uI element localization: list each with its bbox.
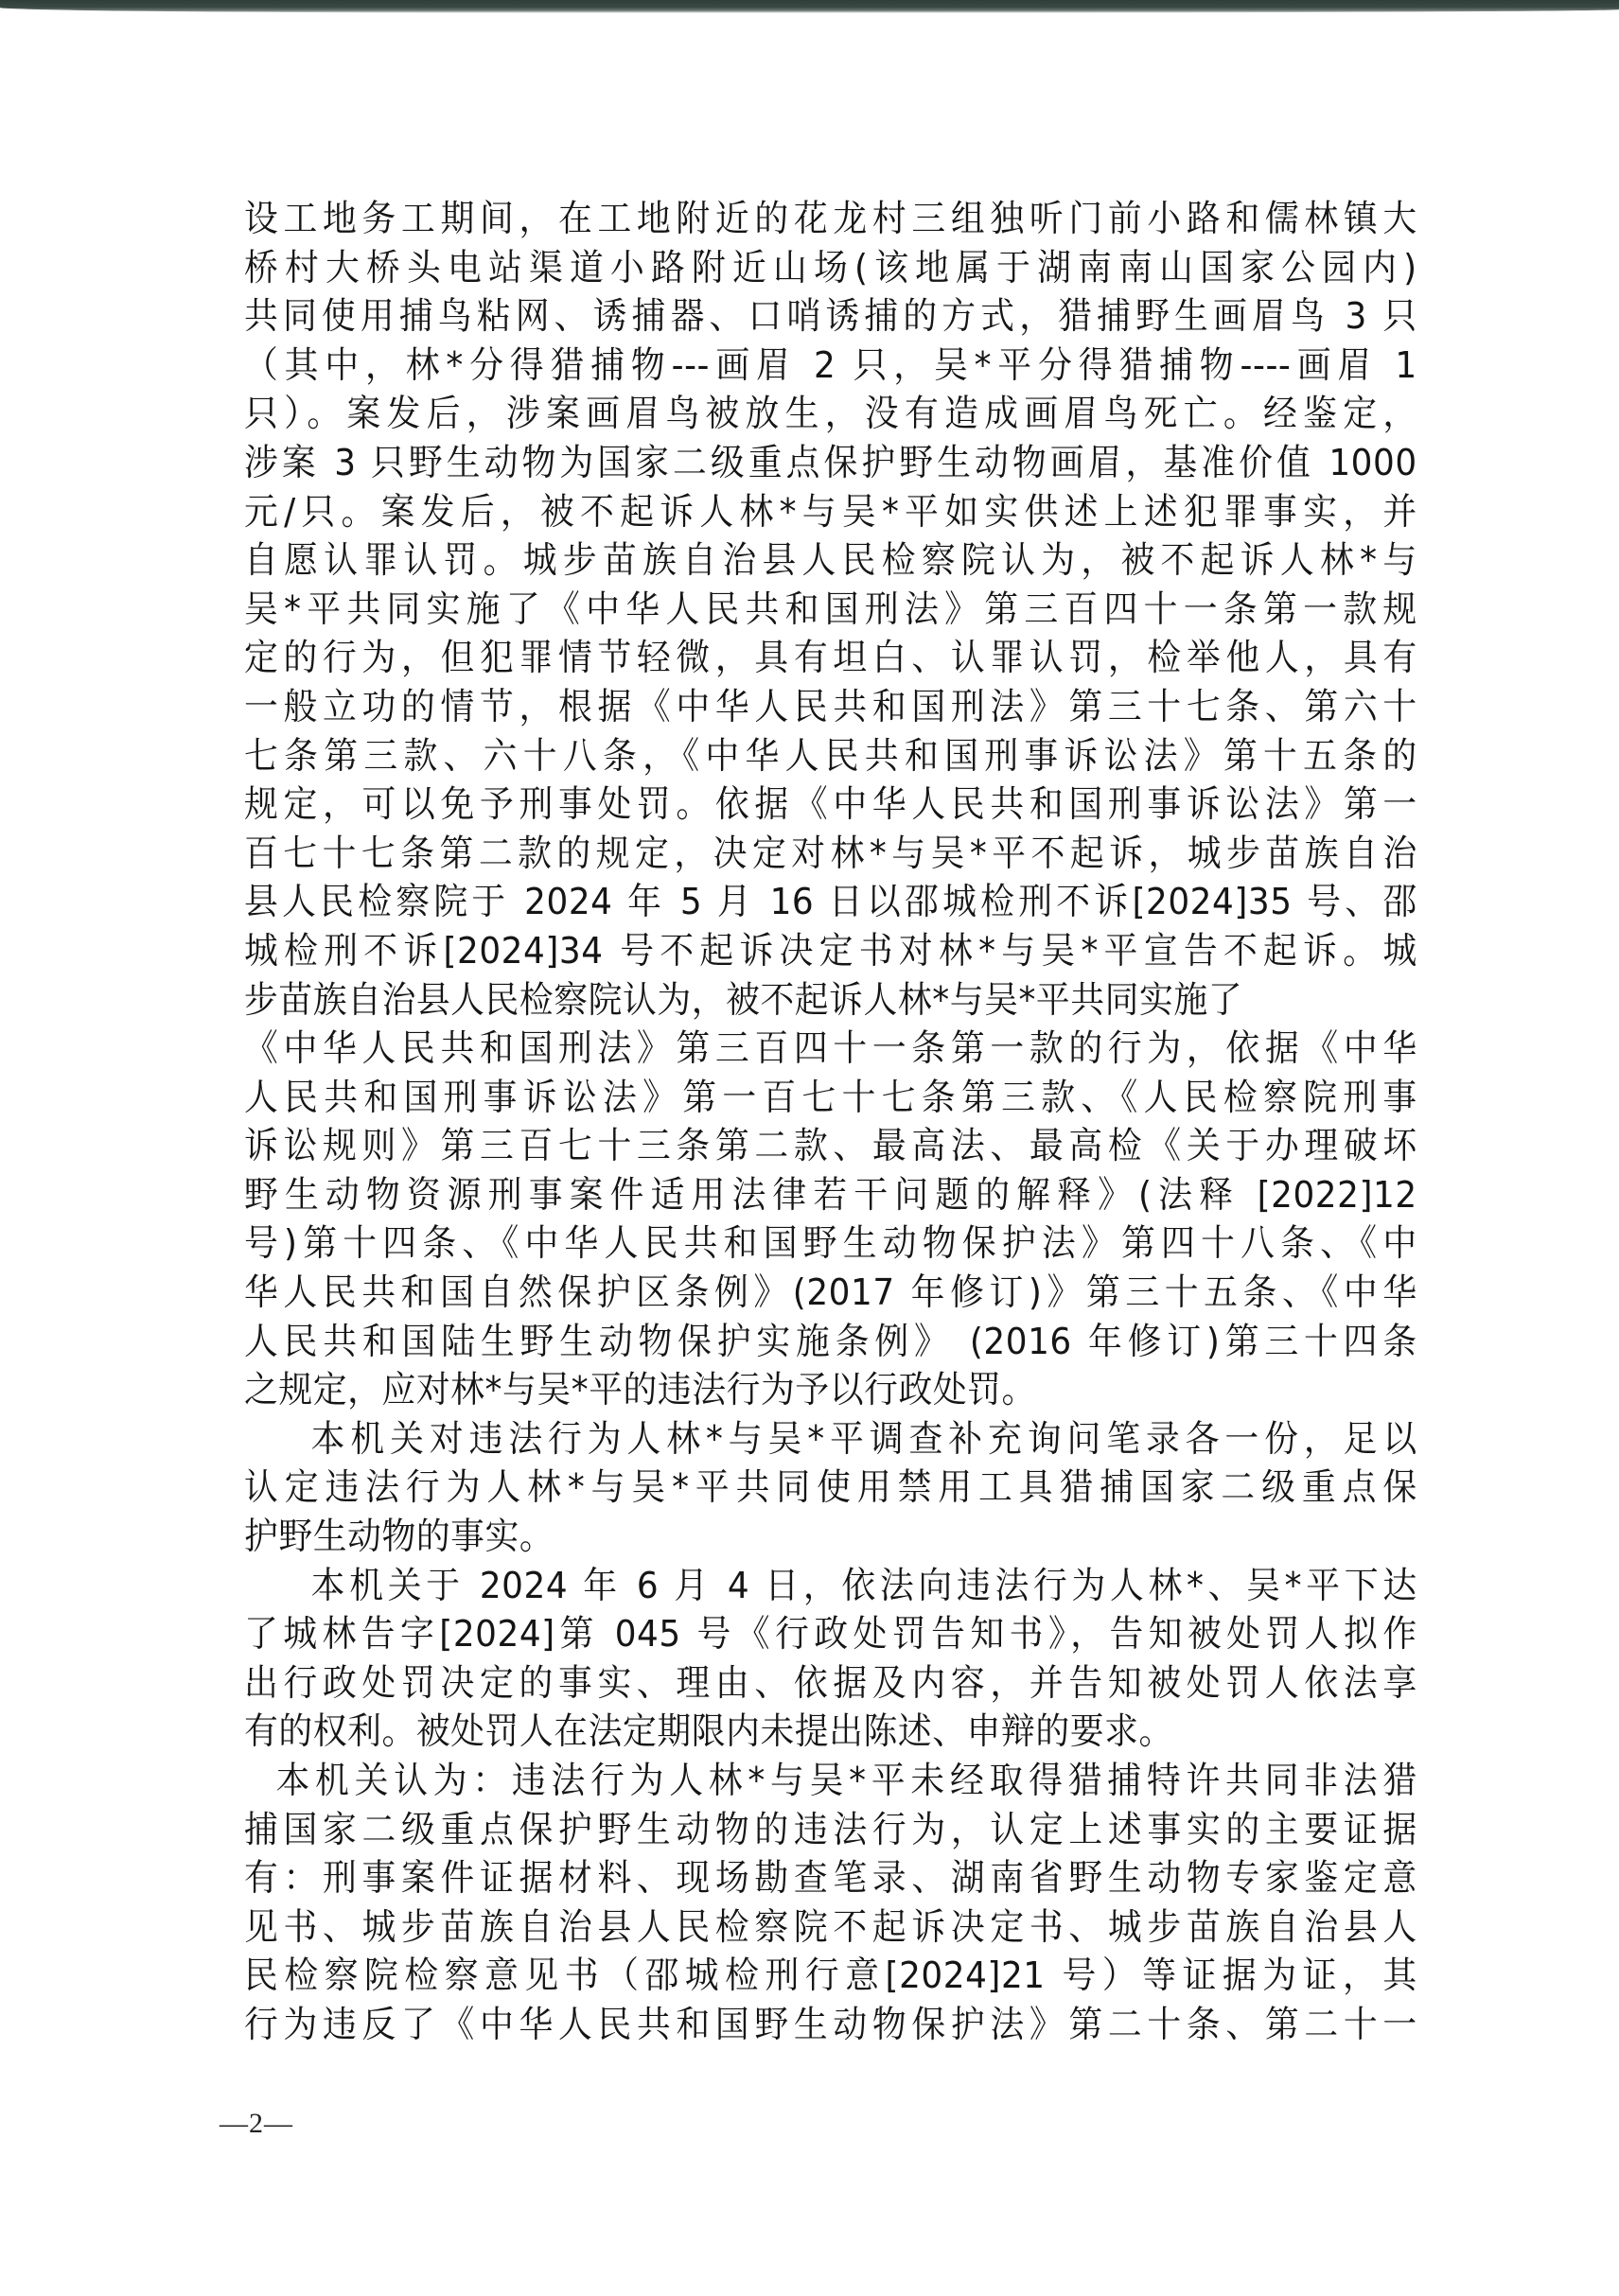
text-line: 本机关认为：违法行为人林*与吴*平未经取得猎捕特许共同非法猎 [244, 1757, 1417, 1806]
text-line: 定的行为，但犯罪情节轻微，具有坦白、认罪认罚，检举他人，具有 [244, 634, 1417, 683]
text-line: 《中华人民共和国刑法》第三百四十一条第一款的行为，依据《中华 [244, 1025, 1417, 1074]
page-number: —2— [220, 2108, 293, 2140]
text-line: 步苗族自治县人民检察院认为，被不起诉人林*与吴*平共同实施了 [244, 976, 1335, 1025]
paragraph-4: 本机关认为：违法行为人林*与吴*平未经取得猎捕特许共同非法猎 捕国家二级重点保护… [244, 1757, 1417, 2050]
paragraph-1: 设工地务工期间，在工地附近的花龙村三组独听门前小路和儒林镇大 桥村大桥头电站渠道… [244, 195, 1417, 1415]
text-line: 认定违法行为人林*与吴*平共同使用禁用工具猎捕国家二级重点保 [244, 1463, 1417, 1513]
text-line: 出行政处罚决定的事实、理由、依据及内容，并告知被处罚人依法享 [244, 1659, 1417, 1709]
text-line: 共同使用捕鸟粘网、诱捕器、口哨诱捕的方式，猎捕野生画眉鸟 3 只 [244, 292, 1417, 342]
document-page: 设工地务工期间，在工地附近的花龙村三组独听门前小路和儒林镇大 桥村大桥头电站渠道… [0, 0, 1619, 2296]
text-line: 一般立功的情节，根据《中华人民共和国刑法》第三十七条、第六十 [244, 683, 1417, 732]
text-line: 有的权利。被处罚人在法定期限内未提出陈述、申辩的要求。 [244, 1708, 1335, 1757]
document-body: 设工地务工期间，在工地附近的花龙村三组独听门前小路和儒林镇大 桥村大桥头电站渠道… [244, 195, 1417, 2050]
text-line: 桥村大桥头电站渠道小路附近山场(该地属于湖南南山国家公园内) [244, 244, 1417, 293]
text-line: 规定，可以免予刑事处罚。依据《中华人民共和国刑事诉讼法》第一 [244, 780, 1417, 830]
text-line: 之规定，应对林*与吴*平的违法行为予以行政处罚。 [244, 1366, 1335, 1415]
text-line: 行为违反了《中华人民共和国野生动物保护法》第二十条、第二十一 [244, 2001, 1417, 2050]
text-line: 百七十七条第二款的规定，决定对林*与吴*平不起诉，城步苗族自治 [244, 830, 1417, 879]
text-line: 诉讼规则》第三百七十三条第二款、最高法、最高检《关于办理破坏 [244, 1122, 1417, 1171]
text-line: 县人民检察院于 2024 年 5 月 16 日以邵城检刑不诉[2024]35 号… [244, 878, 1417, 927]
text-line: 野生动物资源刑事案件适用法律若干问题的解释》(法释 [2022]12 [244, 1171, 1417, 1220]
text-line: 捕国家二级重点保护野生动物的违法行为，认定上述事实的主要证据 [244, 1806, 1417, 1855]
text-line: 人民共和国陆生野生动物保护实施条例》 (2016 年修订)第三十四条 [244, 1318, 1417, 1367]
text-line: 城检刑不诉[2024]34 号不起诉决定书对林*与吴*平宣告不起诉。城 [244, 927, 1417, 976]
text-line: 了城林告字[2024]第 045 号《行政处罚告知书》，告知被处罚人拟作 [244, 1610, 1417, 1659]
text-line: 民检察院检察意见书（邵城检刑行意[2024]21 号）等证据为证，其 [244, 1952, 1417, 2001]
text-line: 号)第十四条、《中华人民共和国野生动物保护法》第四十八条、《中 [244, 1219, 1417, 1269]
text-line: 七条第三款、六十八条，《中华人民共和国刑事诉讼法》第十五条的 [244, 732, 1417, 781]
text-line: 吴*平共同实施了《中华人民共和国刑法》第三百四十一条第一款规 [244, 586, 1417, 635]
text-line: 自愿认罪认罚。城步苗族自治县人民检察院认为，被不起诉人林*与 [244, 536, 1417, 586]
text-line: 人民共和国刑事诉讼法》第一百七十七条第三款、《人民检察院刑事 [244, 1074, 1417, 1123]
text-line: 本机关于 2024 年 6 月 4 日，依法向违法行为人林*、吴*平下达 [244, 1562, 1417, 1611]
paragraph-3: 本机关于 2024 年 6 月 4 日，依法向违法行为人林*、吴*平下达 了城林… [244, 1562, 1417, 1757]
text-line: 只）。案发后，涉案画眉鸟被放生，没有造成画眉鸟死亡。经鉴定， [244, 390, 1417, 439]
text-line: 见书、城步苗族自治县人民检察院不起诉决定书、城步苗族自治县人 [244, 1903, 1417, 1953]
text-line: 元/只。案发后，被不起诉人林*与吴*平如实供述上述犯罪事实，并 [244, 488, 1417, 537]
text-line: 护野生动物的事实。 [244, 1513, 1335, 1562]
text-line: 涉案 3 只野生动物为国家二级重点保护野生动物画眉，基准价值 1000 [244, 439, 1417, 488]
text-line: 本机关对违法行为人林*与吴*平调查补充询问笔录各一份，足以 [244, 1415, 1417, 1464]
paragraph-2: 本机关对违法行为人林*与吴*平调查补充询问笔录各一份，足以 认定违法行为人林*与… [244, 1415, 1417, 1562]
text-line: （其中，林*分得猎捕物---画眉 2 只，吴*平分得猎捕物----画眉 1 [244, 342, 1417, 391]
text-line: 设工地务工期间，在工地附近的花龙村三组独听门前小路和儒林镇大 [244, 195, 1417, 244]
text-line: 有：刑事案件证据材料、现场勘查笔录、湖南省野生动物专家鉴定意 [244, 1854, 1417, 1903]
text-line: 华人民共和国自然保护区条例》(2017 年修订)》第三十五条、《中华 [244, 1269, 1417, 1318]
